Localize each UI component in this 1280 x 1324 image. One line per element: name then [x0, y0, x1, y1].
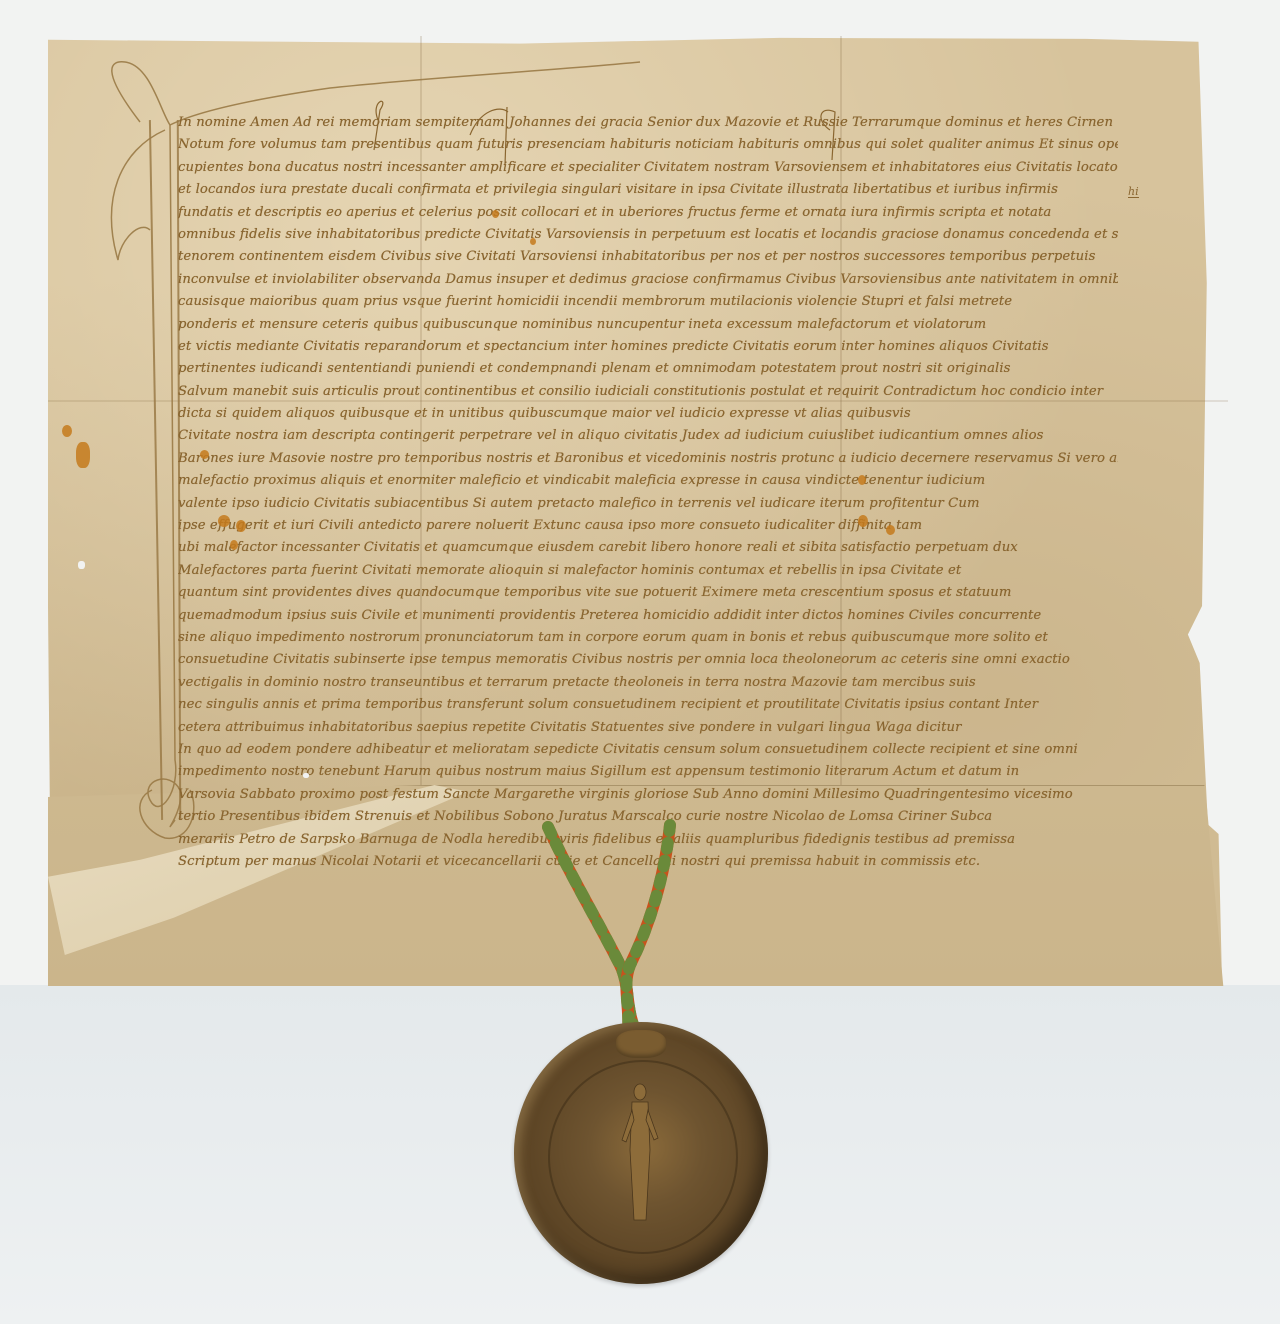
seal-cord-icon	[530, 815, 690, 1055]
seal-attachment	[616, 1030, 666, 1058]
text-line: tenorem continentem eisdem Civibus sive …	[178, 246, 1118, 268]
text-line: pertinentes iudicandi sententiandi punie…	[178, 358, 1118, 380]
stain	[76, 442, 90, 468]
text-line: vectigalis in dominio nostro transeuntib…	[178, 672, 1118, 694]
text-line: Varsovia Sabbato proximo post festum San…	[178, 784, 1118, 806]
text-line: causisque maioribus quam prius vsque fue…	[178, 291, 1118, 313]
text-line: In nomine Amen Ad rei memoriam sempitern…	[178, 112, 1118, 134]
text-line: Notum fore volumus tam presentibus quam …	[178, 134, 1118, 156]
stain	[530, 238, 536, 245]
text-line: quemadmodum ipsius suis Civile et munime…	[178, 605, 1118, 627]
parchment-hole	[78, 561, 85, 569]
stain	[62, 425, 72, 437]
stain	[858, 475, 866, 485]
stain	[886, 525, 895, 535]
charter-text: In nomine Amen Ad rei memoriam sempitern…	[178, 112, 1118, 873]
text-line: Malefactores parta fuerint Civitati memo…	[178, 560, 1118, 582]
text-line: dicta si quidem aliquos quibusque et in …	[178, 403, 1118, 425]
text-line: In quo ad eodem pondere adhibeatur et me…	[178, 739, 1118, 761]
parchment-hole	[303, 773, 309, 778]
text-line: ponderis et mensure ceteris quibus quibu…	[178, 314, 1118, 336]
marginal-note: hi	[1128, 186, 1139, 198]
seal-standing-figure-icon	[620, 1080, 660, 1230]
text-line: nec singulis annis et prima temporibus t…	[178, 694, 1118, 716]
text-line: valente ipso iudicio Civitatis subiacent…	[178, 493, 1118, 515]
text-line: cupientes bona ducatus nostri incessante…	[178, 157, 1118, 179]
text-line: et locandos iura prestate ducali confirm…	[178, 179, 1118, 201]
text-line: cetera attribuimus inhabitatoribus saepi…	[178, 717, 1118, 739]
text-line: inconvulse et inviolabiliter observanda …	[178, 269, 1118, 291]
stain	[218, 515, 230, 527]
text-line: impedimento nostro tenebunt Harum quibus…	[178, 761, 1118, 783]
stain	[230, 540, 238, 550]
text-line: consuetudine Civitatis subinserte ipse t…	[178, 649, 1118, 671]
text-line: malefactio proximus aliquis et enormiter…	[178, 470, 1118, 492]
text-line: omnibus fidelis sive inhabitatoribus pre…	[178, 224, 1118, 246]
stain	[236, 520, 246, 532]
text-line: Civitate nostra iam descripta contingeri…	[178, 425, 1118, 447]
text-line: et victis mediante Civitatis reparandoru…	[178, 336, 1118, 358]
stain	[200, 450, 209, 459]
text-line: quantum sint providentes dives quandocum…	[178, 582, 1118, 604]
text-line: sine aliquo impedimento nostrorum pronun…	[178, 627, 1118, 649]
stain	[492, 210, 499, 218]
text-line: ipse effugerit et iuri Civili antedicto …	[178, 515, 1118, 537]
text-line: Salvum manebit suis articulis prout cont…	[178, 381, 1118, 403]
text-line: fundatis et descriptis eo aperius et cel…	[178, 202, 1118, 224]
text-line: ubi malefactor incessanter Civitatis et …	[178, 537, 1118, 559]
text-line: Barones iure Masovie nostre pro temporib…	[178, 448, 1118, 470]
stain	[858, 515, 868, 527]
